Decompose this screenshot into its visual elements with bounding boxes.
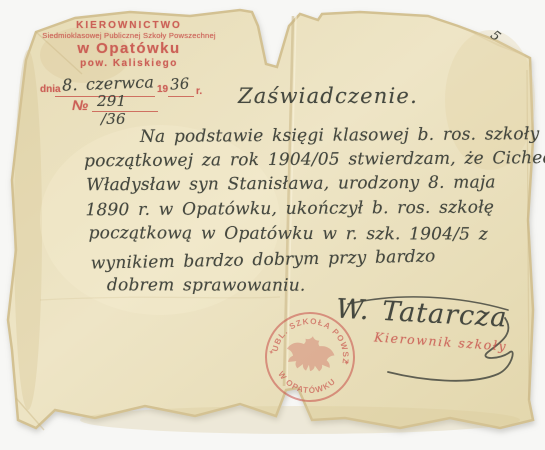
signature-role-stamp: Kierownik szkoły (374, 329, 508, 353)
signature-name: W. Tatarcza (335, 294, 508, 334)
handwritten-line: Władysław syn Stanisława, urodzony 8. ma… (86, 172, 496, 195)
handwritten-line: Na podstawie księgi klasowej b. ros. szk… (140, 124, 540, 147)
document-photo: PUBL. SZKOŁA POWSZ. W OPATÓWKU ✦ ✦ KIERO… (0, 0, 545, 450)
body-text: Na podstawie księgi klasowej b. ros. szk… (0, 0, 545, 302)
handwritten-line: 1890 r. w Opatówku, ukończył b. ros. szk… (85, 197, 494, 220)
handwritten-line: początkową w Opatówku w r. szk. 1904/5 z (89, 223, 488, 244)
handwritten-line: dobrem sprawowaniu. (107, 275, 306, 295)
photo-background: { "document": { "corner_mark": "5", "hea… (0, 0, 545, 450)
handwritten-line: wynikiem bardzo dobrym przy bardzo (91, 246, 436, 273)
text-layer: KIEROWNICTWO Siedmioklasowej Publicznej … (0, 0, 545, 450)
handwritten-line: początkowej za rok 1904/05 stwierdzam, ż… (84, 148, 545, 171)
